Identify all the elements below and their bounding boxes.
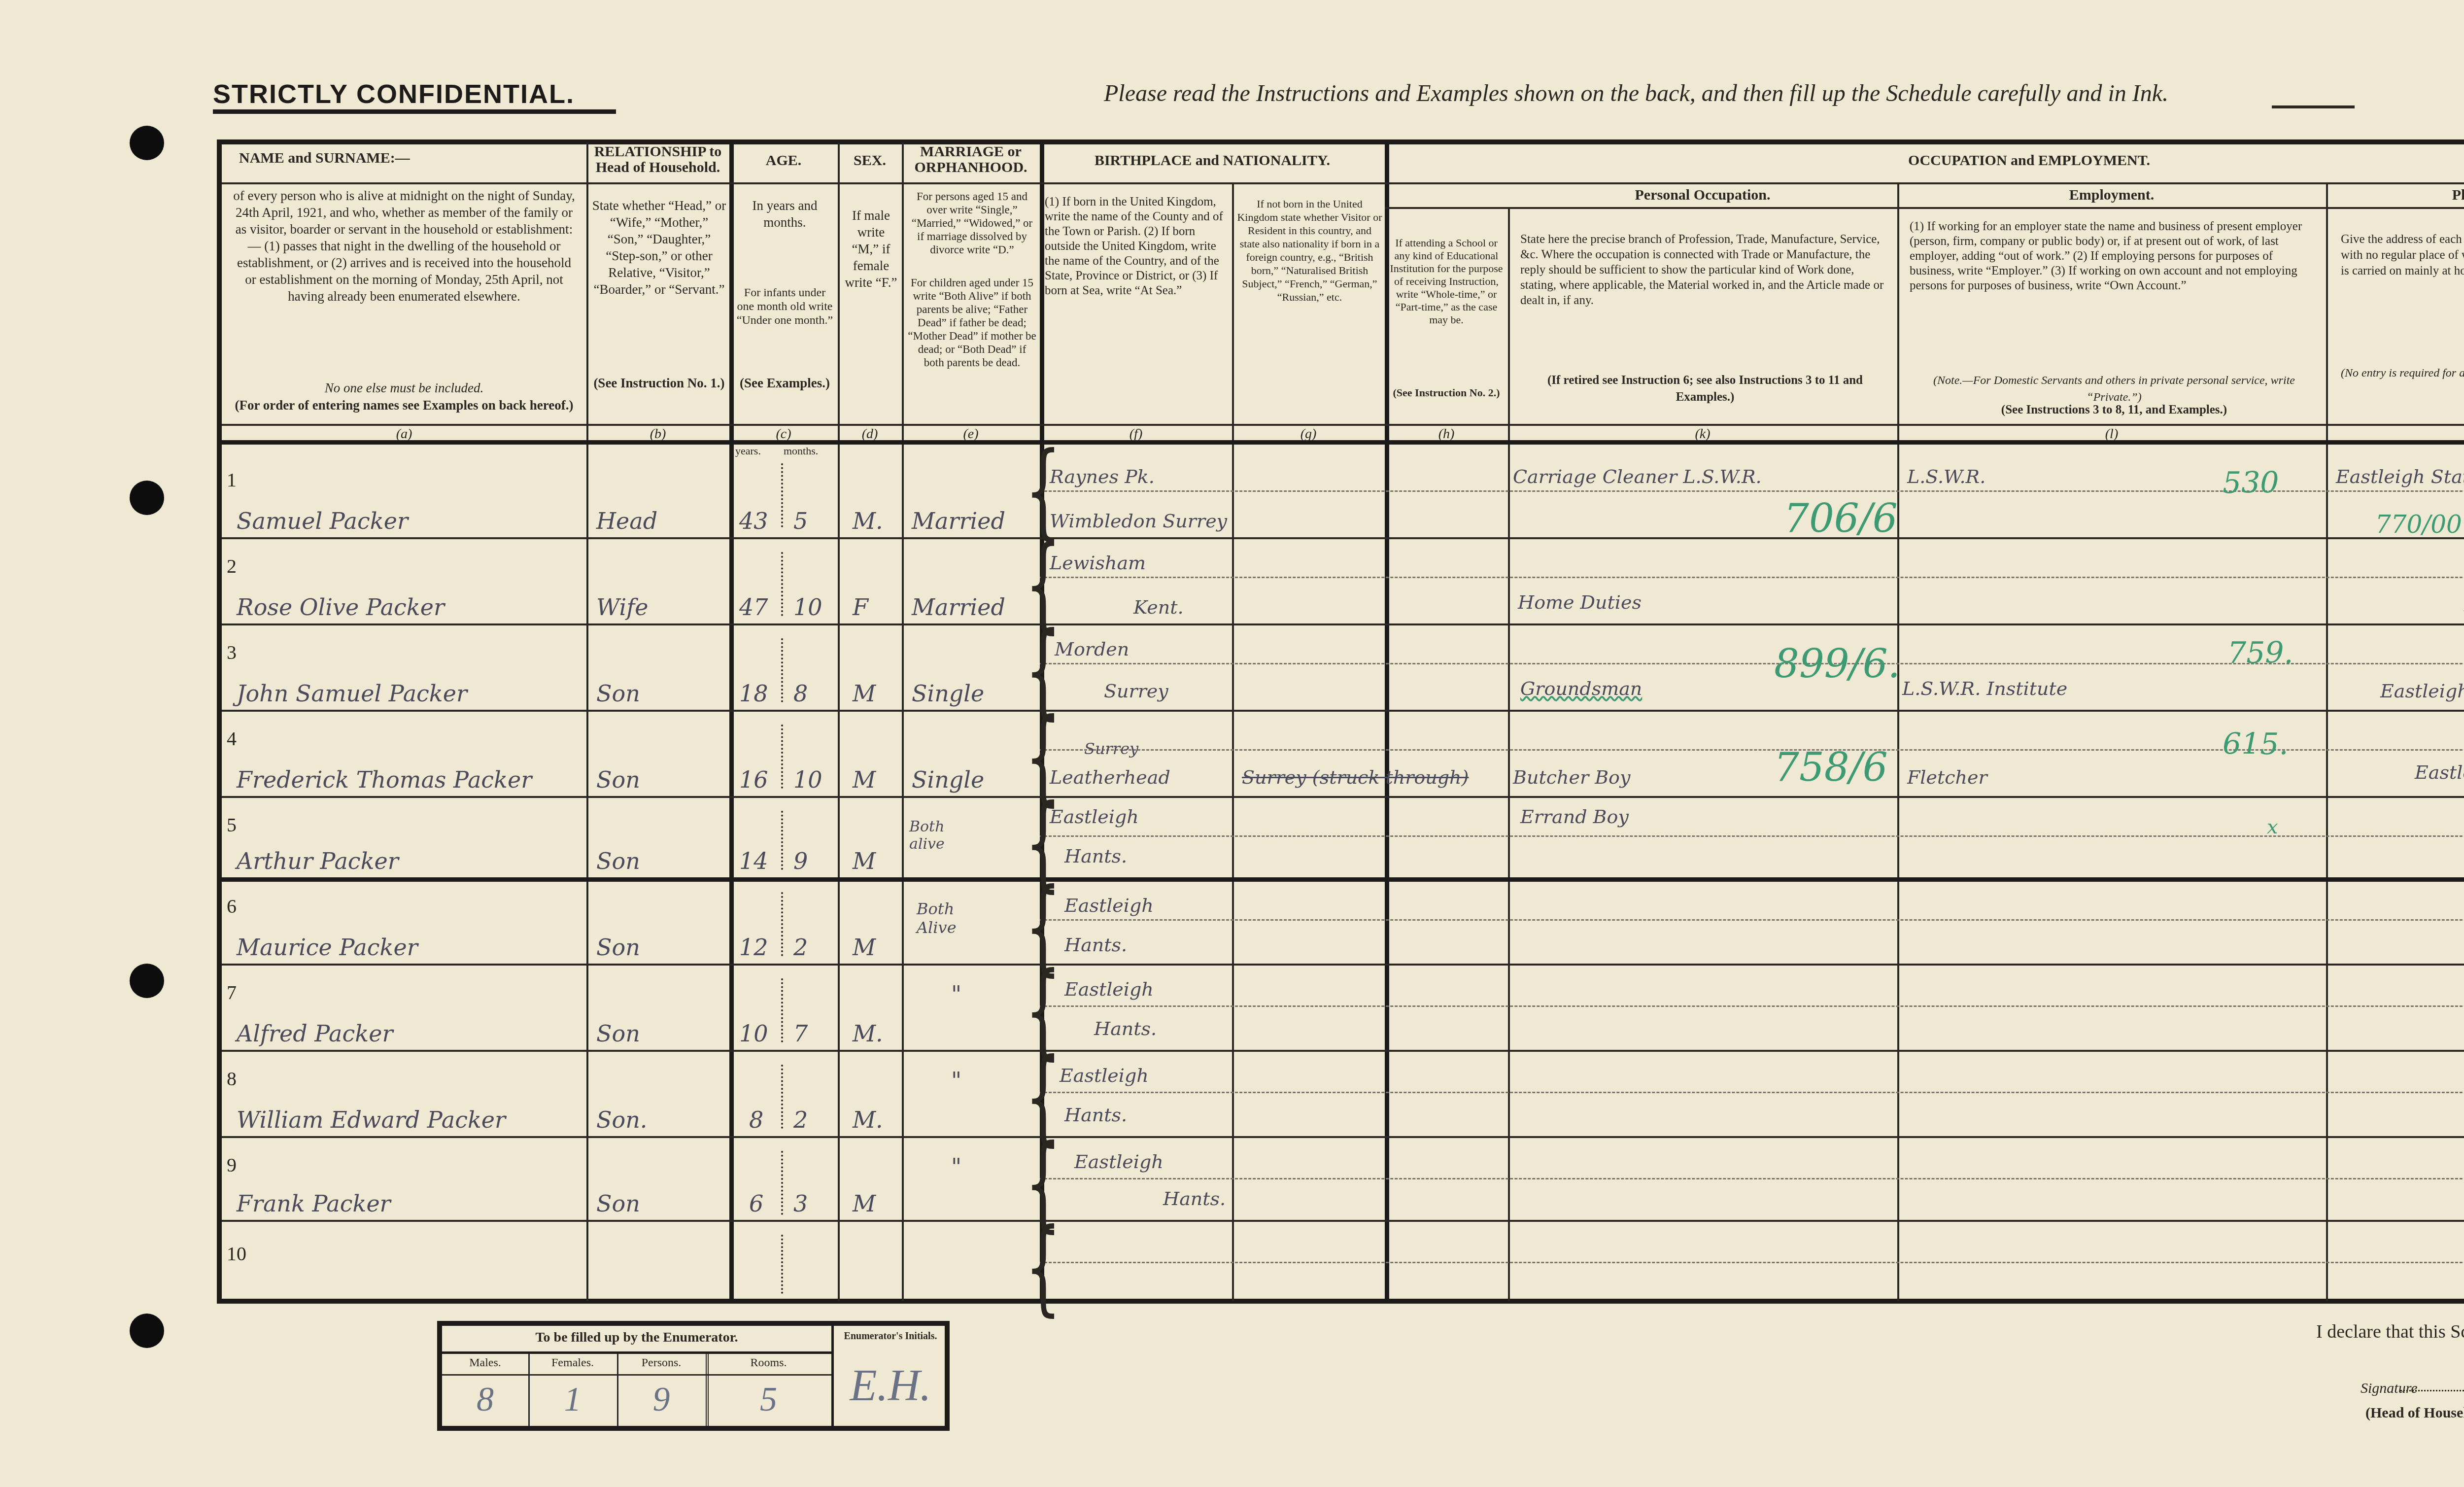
row-number: 2	[227, 554, 237, 578]
census-table	[217, 139, 2464, 1304]
rooms-label: Rooms.	[706, 1356, 831, 1370]
col-letter-c: (c)	[729, 426, 838, 442]
age-months-cell[interactable]: 3	[793, 1190, 808, 1217]
col-h-desc: If attending a School or any kind of Edu…	[1387, 237, 1506, 326]
name-cell[interactable]: Frederick Thomas Packer	[237, 766, 532, 793]
col-a-note: No one else must be included.	[232, 380, 577, 396]
years-subheader: years.	[735, 445, 761, 457]
row-number: 5	[227, 813, 237, 836]
males-label: Males.	[442, 1356, 528, 1370]
relationship-cell[interactable]: Son	[596, 1020, 640, 1047]
age-divider	[781, 811, 783, 870]
marriage-cell[interactable]: "	[951, 981, 961, 1007]
col-k-desc: State here the precise branch of Profess…	[1520, 232, 1890, 308]
col-g-desc: If not born in the United Kingdom state …	[1237, 197, 1382, 304]
row-rule	[222, 1136, 2464, 1138]
age-years-cell[interactable]: 43	[739, 508, 768, 534]
name-cell[interactable]: Samuel Packer	[237, 508, 408, 534]
relationship-cell[interactable]: Son	[596, 934, 640, 961]
place-cell[interactable]: Eastleigh	[2380, 680, 2464, 702]
row-number: 1	[227, 468, 237, 491]
row-rule-thick	[222, 877, 2464, 882]
birthplace-line1[interactable]: Lewisham	[1050, 552, 1146, 574]
birthplace-title: BIRTHPLACE and NATIONALITY.	[1042, 153, 1382, 169]
marriage-cell[interactable]: Married	[912, 508, 1005, 534]
row-number: 10	[227, 1242, 246, 1265]
birthplace-line1[interactable]: Eastleigh	[1060, 1065, 1149, 1086]
occupation-code: 899/6.	[1774, 641, 1900, 687]
col-a-title: NAME and SURNAME:—	[224, 150, 599, 166]
employment-code: 615.	[2223, 727, 2289, 761]
col-b-note: (See Instruction No. 1.)	[591, 375, 727, 391]
col-e-title: MARRIAGE or ORPHANHOOD.	[904, 144, 1037, 175]
sex-cell[interactable]: M.	[853, 508, 883, 534]
relationship-cell[interactable]: Son.	[596, 1107, 647, 1133]
signature-note: (Head of Household, Manager of Establish…	[2365, 1405, 2464, 1421]
col-h-note: (See Instruction No. 2.)	[1387, 384, 1506, 401]
row-number: 8	[227, 1067, 237, 1090]
age-divider	[781, 638, 783, 702]
relationship-cell[interactable]: Wife	[596, 594, 648, 621]
confidential-heading: STRICTLY CONFIDENTIAL.	[213, 79, 575, 109]
punch-hole	[130, 964, 164, 998]
mid-rule	[1040, 1092, 2464, 1093]
relationship-cell[interactable]: Head	[596, 508, 657, 534]
mid-rule	[1040, 919, 2464, 921]
marriage-cell[interactable]: Married	[912, 594, 1005, 621]
row-number: 4	[227, 727, 237, 750]
sex-cell[interactable]: M.	[853, 1020, 883, 1047]
col-letter-m: (m)	[2326, 426, 2464, 442]
col-c-note: (See Examples.)	[734, 375, 835, 391]
mid-rule	[1040, 1178, 2464, 1179]
sex-cell[interactable]: M	[853, 848, 876, 874]
row-number: 6	[227, 895, 237, 918]
occupation-cell[interactable]: Home Duties	[1518, 591, 1642, 613]
initials-value[interactable]: E.H.	[836, 1360, 945, 1411]
birthplace-line1[interactable]: Morden	[1055, 638, 1129, 660]
ink-underline	[2272, 105, 2355, 108]
occupation-cell[interactable]: Butcher Boy	[1513, 766, 1630, 788]
birthplace-line1[interactable]: Eastleigh	[1064, 978, 1154, 1000]
sex-cell[interactable]: F	[853, 594, 868, 621]
col-l-note: (Note.—For Domestic Servants and others …	[1910, 372, 2319, 406]
occupation-code: 706/6	[1784, 495, 1898, 541]
confidential-underline	[213, 109, 616, 114]
row-rule	[222, 623, 2464, 625]
age-years-cell[interactable]: 10	[739, 1020, 768, 1047]
row-rule	[222, 537, 2464, 539]
col-letter-k: (k)	[1508, 426, 1897, 442]
col-l-desc: (1) If working for an employer state the…	[1910, 219, 2319, 293]
instructions-line: Please read the Instructions and Example…	[1104, 80, 2168, 107]
birthplace-line1[interactable]: Surrey	[1084, 739, 1138, 758]
age-divider	[781, 725, 783, 789]
age-months-cell[interactable]: 5	[793, 508, 808, 534]
name-cell[interactable]: Frank Packer	[237, 1190, 391, 1217]
birthplace-line2[interactable]: Leatherhead	[1050, 766, 1170, 788]
sex-cell[interactable]: M.	[853, 1107, 883, 1133]
age-months-cell[interactable]: 9	[793, 848, 808, 874]
nationality-cell[interactable]: Surrey (struck through)	[1242, 766, 1469, 788]
col-m-title: Place of Work.	[2328, 187, 2464, 203]
place-code: 770/00	[2375, 510, 2462, 539]
age-divider	[781, 1235, 783, 1294]
males-value[interactable]: 8	[442, 1380, 528, 1419]
row-rule	[222, 710, 2464, 712]
birthplace-line2[interactable]: Kent.	[1133, 596, 1184, 618]
row-number: 7	[227, 981, 237, 1004]
col-letter-f: (f)	[1040, 426, 1232, 442]
age-months-cell[interactable]: 10	[793, 766, 822, 793]
col-b-desc: State whether “Head,” or “Wife,” “Mother…	[591, 197, 727, 298]
col-divider	[1897, 182, 1899, 1301]
col-a-note2: (For order of entering names see Example…	[232, 397, 577, 414]
place-cell[interactable]: Eastleigh Station	[2336, 466, 2464, 487]
header-rule	[222, 182, 2464, 184]
occupation-cell[interactable]: Errand Boy	[1520, 806, 1629, 828]
name-cell[interactable]: Alfred Packer	[237, 1020, 393, 1047]
col-d-desc: If male write “M,” if female write “F.”	[843, 207, 899, 291]
birthplace-line2[interactable]: Hants.	[1064, 1104, 1127, 1126]
age-years-cell[interactable]: 12	[739, 934, 768, 961]
months-subheader: months.	[784, 445, 818, 457]
col-letter-g: (g)	[1232, 426, 1385, 442]
enumerator-summary-box: To be filled up by the Enumerator. Enume…	[437, 1321, 950, 1431]
col-letter-l: (l)	[1897, 426, 2326, 442]
birthplace-line1[interactable]: Eastleigh	[1074, 1151, 1164, 1173]
col-letter-e: (e)	[902, 426, 1040, 442]
enumerator-box-title: To be filled up by the Enumerator.	[442, 1330, 831, 1346]
initials-label: Enumerator's Initials.	[836, 1331, 945, 1342]
punch-hole	[130, 126, 164, 160]
persons-label: Persons.	[617, 1356, 706, 1370]
age-divider	[781, 1151, 783, 1215]
header-rule	[222, 424, 2464, 426]
col-e-desc2: For children aged under 15 write “Both A…	[907, 276, 1037, 369]
marriage-cell[interactable]: "	[951, 1153, 961, 1180]
col-c-desc2: For infants under one month old write “U…	[734, 286, 835, 327]
age-divider	[781, 1065, 783, 1129]
females-label: Females.	[528, 1356, 617, 1370]
name-cell[interactable]: William Edward Packer	[237, 1107, 506, 1133]
name-cell[interactable]: John Samuel Packer	[237, 680, 467, 707]
age-years-cell[interactable]: 16	[739, 766, 768, 793]
mid-rule	[1040, 835, 2464, 837]
birthplace-line1[interactable]: Eastleigh	[1064, 895, 1154, 916]
age-months-cell[interactable]: 8	[793, 680, 808, 707]
marriage-cell[interactable]: Single	[912, 766, 984, 793]
relationship-cell[interactable]: Son	[596, 680, 640, 707]
sex-cell[interactable]: M	[853, 934, 876, 961]
age-divider	[781, 978, 783, 1042]
employment-code: 759.	[2227, 636, 2293, 670]
marriage-cell[interactable]: "	[951, 1067, 961, 1094]
mid-rule	[1040, 577, 2464, 578]
birthplace-line2[interactable]: Wimbledon Surrey	[1050, 510, 1227, 532]
col-letter-a: (a)	[222, 426, 586, 442]
marriage-cell[interactable]: Both Alive	[917, 899, 971, 937]
employment-cell[interactable]: L.S.W.R. Institute	[1902, 678, 2067, 699]
row-rule	[222, 964, 2464, 966]
header-rule	[1385, 207, 2464, 209]
relationship-cell[interactable]: Son	[596, 848, 640, 874]
col-c-desc: In years and months.	[734, 197, 835, 231]
birthplace-line2[interactable]: Surrey	[1104, 680, 1168, 702]
col-letter-h: (h)	[1385, 426, 1508, 442]
employment-cell[interactable]: L.S.W.R.	[1907, 466, 1985, 487]
col-letter-b: (b)	[586, 426, 729, 442]
sex-cell[interactable]: M	[853, 1190, 876, 1217]
col-k-title: Personal Occupation.	[1510, 187, 1895, 203]
col-a-desc: of every person who is alive at midnight…	[232, 187, 577, 305]
age-years-cell[interactable]: 47	[739, 594, 768, 621]
signature-label: Signature	[2361, 1380, 2418, 1397]
col-m-desc: Give the address of each person's place …	[2341, 232, 2464, 279]
col-divider	[586, 143, 588, 1301]
rooms-value[interactable]: 5	[706, 1380, 831, 1419]
mid-rule	[1040, 1262, 2464, 1263]
age-months-cell[interactable]: 7	[793, 1020, 808, 1047]
punch-hole	[130, 1314, 164, 1348]
age-divider	[781, 463, 783, 527]
occupation-code: 758/6	[1774, 744, 1888, 790]
row-rule	[222, 1050, 2464, 1052]
age-months-cell[interactable]: 2	[793, 1107, 808, 1133]
sex-cell[interactable]: M	[853, 680, 876, 707]
birthplace-line2[interactable]: Hants.	[1163, 1188, 1226, 1210]
row-number: 9	[227, 1153, 237, 1176]
name-cell[interactable]: Maurice Packer	[237, 934, 418, 961]
age-years-cell[interactable]: 6	[749, 1190, 763, 1217]
col-b-title: RELATIONSHIP to Head of Household.	[589, 144, 727, 175]
col-divider	[2326, 182, 2328, 1301]
employment-cell[interactable]: Fletcher	[1907, 766, 1987, 788]
brace-icon: {	[1025, 1215, 1061, 1318]
col-m-note: (No entry is required for any person who…	[2341, 365, 2464, 381]
col-c-title: AGE.	[732, 153, 835, 169]
age-divider	[781, 892, 783, 956]
employment-code: x	[2267, 816, 2278, 838]
col-l-note2: (See Instructions 3 to 8, 11, and Exampl…	[1910, 402, 2319, 418]
age-years-cell[interactable]: 18	[739, 680, 768, 707]
birthplace-line1[interactable]: Raynes Pk.	[1050, 466, 1155, 487]
signature-line[interactable]	[2400, 1390, 2464, 1391]
row-number: 3	[227, 641, 237, 664]
col-e-desc: For persons aged 15 and over write “Sing…	[907, 190, 1037, 256]
sex-cell[interactable]: M	[853, 766, 876, 793]
marriage-cell[interactable]: Both alive	[909, 818, 978, 853]
row-rule	[222, 1220, 2464, 1222]
occupation-title: OCCUPATION and EMPLOYMENT.	[1390, 153, 2464, 169]
birthplace-line2[interactable]: Hants.	[1064, 845, 1127, 867]
marriage-cell[interactable]: Single	[912, 680, 984, 707]
relationship-cell[interactable]: Son	[596, 766, 640, 793]
col-divider	[838, 143, 840, 1301]
age-years-cell[interactable]: 8	[749, 1107, 763, 1133]
col-k-note: (If retired see Instruction 6; see also …	[1520, 372, 1890, 406]
age-years-cell[interactable]: 14	[739, 848, 768, 874]
punch-hole	[130, 481, 164, 515]
row-rule	[222, 796, 2464, 798]
age-months-cell[interactable]: 2	[793, 934, 808, 961]
declaration-text: I declare that this Schedule is correctl…	[2316, 1321, 2464, 1343]
age-months-cell[interactable]: 10	[793, 594, 822, 621]
col-f-desc: (1) If born in the United Kingdom, write…	[1045, 195, 1227, 298]
name-cell[interactable]: Rose Olive Packer	[237, 594, 445, 621]
occupation-cell[interactable]: Groundsman	[1520, 678, 1642, 699]
age-divider	[781, 552, 783, 616]
females-value[interactable]: 1	[528, 1380, 617, 1419]
col-divider	[729, 143, 734, 1301]
occupation-cell[interactable]: Carriage Cleaner L.S.W.R.	[1513, 466, 1762, 487]
col-d-title: SEX.	[840, 153, 899, 169]
col-divider	[1232, 182, 1234, 1301]
mid-rule	[1040, 1005, 2464, 1007]
col-divider	[902, 143, 904, 1301]
col-letter-d: (d)	[838, 426, 902, 442]
persons-value[interactable]: 9	[617, 1380, 706, 1419]
employment-code: 530	[2223, 466, 2279, 500]
birthplace-line2[interactable]: Hants.	[1064, 934, 1127, 956]
col-l-title: Employment.	[1900, 187, 2324, 203]
place-cell[interactable]: Eastleigh	[2415, 761, 2464, 783]
birthplace-line2[interactable]: Hants.	[1094, 1018, 1157, 1039]
name-cell[interactable]: Arthur Packer	[237, 848, 399, 874]
birthplace-line1[interactable]: Eastleigh	[1050, 806, 1139, 828]
relationship-cell[interactable]: Son	[596, 1190, 640, 1217]
